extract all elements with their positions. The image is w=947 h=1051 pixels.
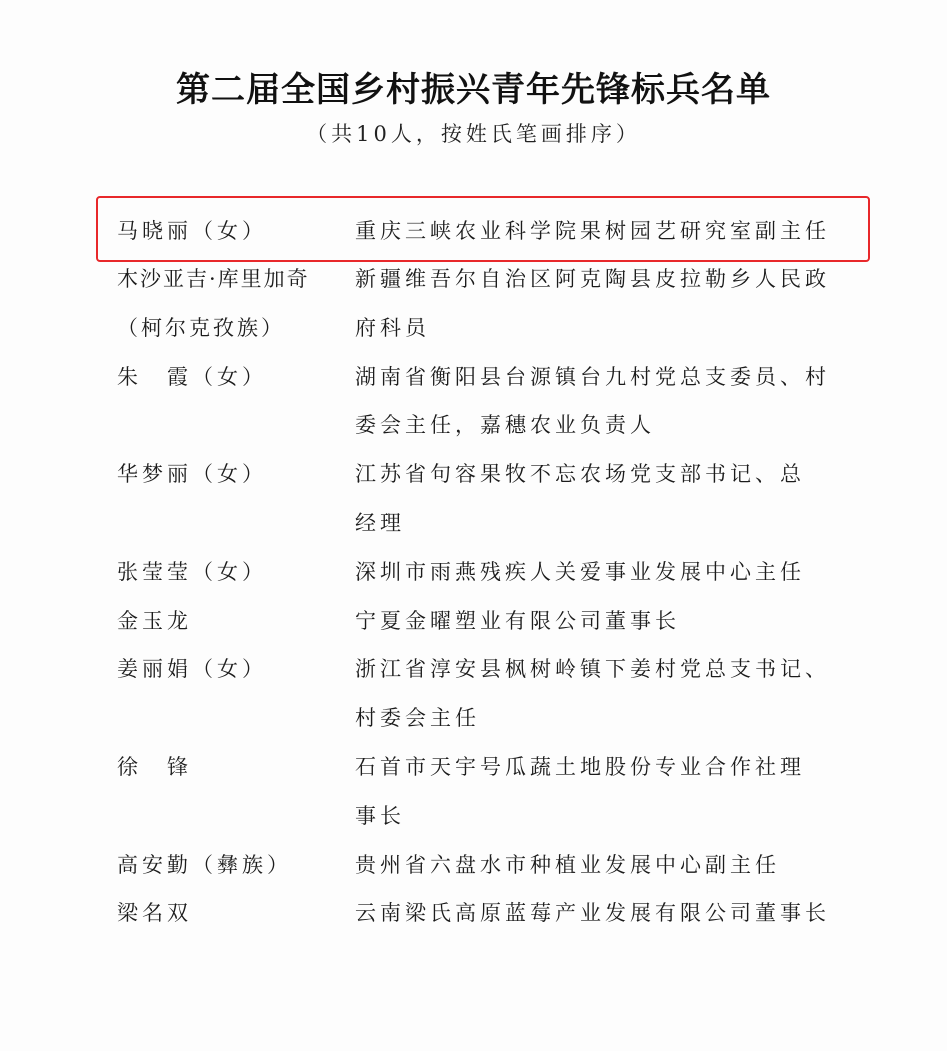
list-item: 姜丽娟（女） 浙江省淳安县枫树岭镇下姜村党总支书记、 村委会主任 xyxy=(0,645,947,743)
list-item: 朱 霞（女） 湖南省衡阳县台源镇台九村党总支委员、村 委会主任，嘉穗农业负责人 xyxy=(0,353,947,451)
honoree-name: 朱 霞（女） xyxy=(117,353,347,402)
document-page: 第二届全国乡村振兴青年先锋标兵名单 （共10人，按姓氏笔画排序） 马晓丽（女） … xyxy=(0,0,947,1051)
honoree-role: 新疆维吾尔自治区阿克陶县皮拉勒乡人民政 府科员 xyxy=(355,255,875,353)
honoree-name: 马晓丽（女） xyxy=(117,207,347,255)
honoree-role: 贵州省六盘水市种植业发展中心副主任 xyxy=(355,841,875,890)
list-item: 木沙亚吉·库里加奇 （柯尔克孜族） 新疆维吾尔自治区阿克陶县皮拉勒乡人民政 府科… xyxy=(0,255,947,353)
document-title: 第二届全国乡村振兴青年先锋标兵名单 xyxy=(0,62,947,111)
honoree-role: 深圳市雨燕残疾人关爱事业发展中心主任 xyxy=(355,548,875,597)
list-item: 华梦丽（女） 江苏省句容果牧不忘农场党支部书记、总 经理 xyxy=(0,450,947,548)
list-item: 马晓丽（女） 重庆三峡农业科学院果树园艺研究室副主任 xyxy=(0,207,947,255)
honoree-name: 木沙亚吉·库里加奇 （柯尔克孜族） xyxy=(117,255,347,353)
list-item: 梁名双 云南梁氏高原蓝莓产业发展有限公司董事长 xyxy=(0,889,947,938)
honoree-role: 江苏省句容果牧不忘农场党支部书记、总 经理 xyxy=(355,450,875,548)
honoree-role: 云南梁氏高原蓝莓产业发展有限公司董事长 xyxy=(355,889,875,938)
honoree-role: 湖南省衡阳县台源镇台九村党总支委员、村 委会主任，嘉穗农业负责人 xyxy=(355,353,875,451)
honoree-name: 梁名双 xyxy=(117,889,347,938)
honoree-role: 重庆三峡农业科学院果树园艺研究室副主任 xyxy=(355,207,875,255)
honoree-role: 石首市天宇号瓜蔬土地股份专业合作社理 事长 xyxy=(355,743,875,841)
honoree-name: 张莹莹（女） xyxy=(117,548,347,597)
honoree-name: 徐 锋 xyxy=(117,743,347,792)
honoree-list: 马晓丽（女） 重庆三峡农业科学院果树园艺研究室副主任 木沙亚吉·库里加奇 （柯尔… xyxy=(0,207,947,938)
honoree-name: 高安勤（彝族） xyxy=(117,841,347,890)
list-item: 金玉龙 宁夏金曜塑业有限公司董事长 xyxy=(0,597,947,646)
list-item: 高安勤（彝族） 贵州省六盘水市种植业发展中心副主任 xyxy=(0,841,947,890)
honoree-role: 浙江省淳安县枫树岭镇下姜村党总支书记、 村委会主任 xyxy=(355,645,875,743)
list-item: 徐 锋 石首市天宇号瓜蔬土地股份专业合作社理 事长 xyxy=(0,743,947,841)
honoree-name: 姜丽娟（女） xyxy=(117,645,347,694)
honoree-name: 华梦丽（女） xyxy=(117,450,347,499)
document-subtitle: （共10人，按姓氏笔画排序） xyxy=(0,118,947,148)
list-item: 张莹莹（女） 深圳市雨燕残疾人关爱事业发展中心主任 xyxy=(0,548,947,597)
honoree-role: 宁夏金曜塑业有限公司董事长 xyxy=(355,597,875,646)
honoree-name: 金玉龙 xyxy=(117,597,347,646)
